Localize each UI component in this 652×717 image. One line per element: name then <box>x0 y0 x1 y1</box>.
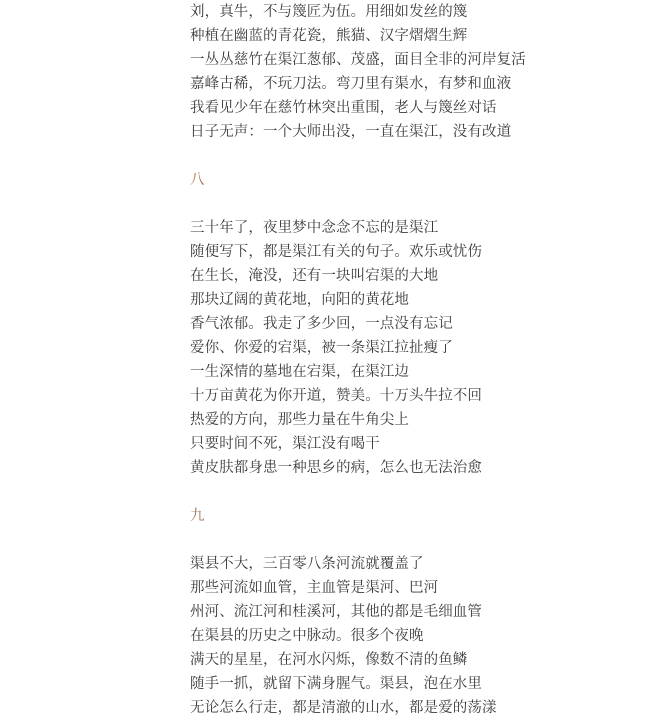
poem-line: 热爱的方向，那些力量在牛角尖上 <box>190 408 652 432</box>
poem-line: 一生深情的墓地在宕渠，在渠江边 <box>190 360 652 384</box>
poem-line: 州河、流江河和桂溪河，其他的都是毛细血管 <box>190 600 652 624</box>
blank-line <box>190 144 652 168</box>
section-heading-8: 八 <box>190 168 652 192</box>
poem-line: 只要时间不死，渠江没有喝干 <box>190 432 652 456</box>
poem-line: 渠县不大，三百零八条河流就覆盖了 <box>190 552 652 576</box>
blank-line <box>190 192 652 216</box>
poem-line: 十万亩黄花为你开道，赞美。十万头牛拉不回 <box>190 384 652 408</box>
poem-line: 种植在幽蓝的青花瓷，熊猫、汉字熠熠生辉 <box>190 24 652 48</box>
poem-line: 在生长，淹没，还有一块叫宕渠的大地 <box>190 264 652 288</box>
poem-line: 香气浓郁。我走了多少回，一点没有忘记 <box>190 312 652 336</box>
poem-page: 刘，真牛，不与篾匠为伍。用细如发丝的篾 种植在幽蓝的青花瓷，熊猫、汉字熠熠生辉 … <box>0 0 652 717</box>
blank-line <box>190 480 652 504</box>
poem-line: 在渠县的历史之中脉动。很多个夜晚 <box>190 624 652 648</box>
poem-line: 我看见少年在慈竹林突出重围，老人与篾丝对话 <box>190 96 652 120</box>
poem-text-column: 刘，真牛，不与篾匠为伍。用细如发丝的篾 种植在幽蓝的青花瓷，熊猫、汉字熠熠生辉 … <box>190 0 652 717</box>
poem-line: 随手一抓，就留下满身腥气。渠县，泡在水里 <box>190 672 652 696</box>
poem-line: 黄皮肤都身患一种思乡的病，怎么也无法治愈 <box>190 456 652 480</box>
poem-line: 刘，真牛，不与篾匠为伍。用细如发丝的篾 <box>190 0 652 24</box>
poem-line: 那些河流如血管，主血管是渠河、巴河 <box>190 576 652 600</box>
blank-line <box>190 528 652 552</box>
poem-line: 日子无声：一个大师出没，一直在渠江，没有改道 <box>190 120 652 144</box>
poem-line: 那块辽阔的黄花地，向阳的黄花地 <box>190 288 652 312</box>
poem-line: 爱你、你爱的宕渠，被一条渠江拉扯瘦了 <box>190 336 652 360</box>
section-heading-9: 九 <box>190 504 652 528</box>
poem-line: 无论怎么行走，都是清澈的山水，都是爱的荡漾 <box>190 696 652 717</box>
poem-line: 一丛丛慈竹在渠江葱郁、茂盛，面目全非的河岸复活 <box>190 48 652 72</box>
poem-line: 随便写下，都是渠江有关的句子。欢乐或忧伤 <box>190 240 652 264</box>
poem-line: 三十年了，夜里梦中念念不忘的是渠江 <box>190 216 652 240</box>
poem-line: 满天的星星，在河水闪烁，像数不清的鱼鳞 <box>190 648 652 672</box>
poem-line: 嘉峰古稀，不玩刀法。弯刀里有渠水，有梦和血液 <box>190 72 652 96</box>
